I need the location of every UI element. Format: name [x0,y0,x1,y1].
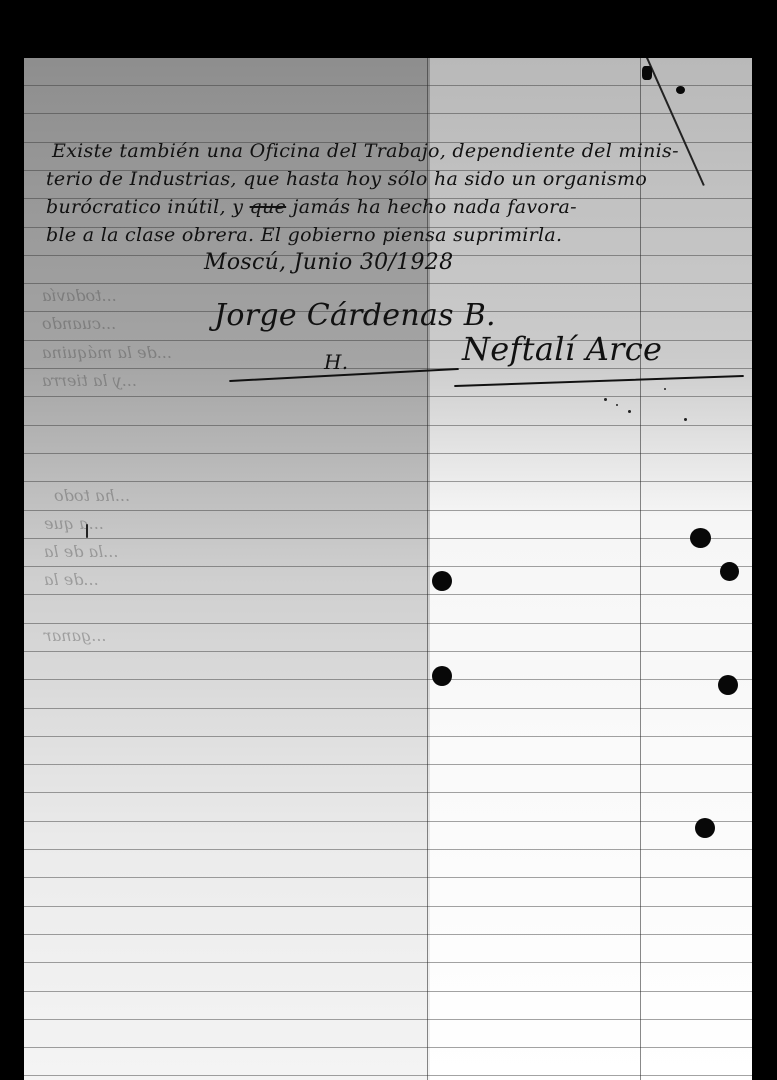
punch-hole [690,528,711,548]
ink-speck [664,388,666,390]
bleed-through-text: ...y la tierra [42,371,137,390]
body-line-4: ble a la clase obrera. El gobierno piens… [46,224,562,246]
bleed-through-text: ...la de la [44,542,118,561]
punch-hole [695,818,715,838]
punch-hole [432,571,452,591]
body-line-3: burócratico inútil, y que jamás ha hecho… [46,196,577,218]
ink-speck [604,398,607,401]
body-line-3-start: burócratico inútil, y [46,196,243,218]
signature-neftali-arce: Neftalí Arce [462,330,662,368]
ink-speck [616,404,618,406]
body-line-1: Existe también una Oficina del Trabajo, … [52,140,679,162]
body-line-2: terio de Industrias, que hasta hoy sólo … [46,168,647,190]
punch-hole [432,666,452,686]
ink-speck [684,418,687,421]
bleed-through-text: ...de la máquina [42,343,172,362]
ink-speck [628,410,631,413]
bleed-through-text: ...a que [44,514,104,533]
place-date: Moscú, Junio 30/1928 [204,250,453,275]
bleed-through-text: ...ganar [44,626,107,645]
bleed-through-text: ...ha todo [54,486,130,505]
struck-word: que [250,196,287,218]
punch-hole [720,562,739,581]
body-line-3-end: jamás ha hecho nada favora- [293,196,577,218]
signature-mark: H. [324,350,348,374]
signature-jorge-cardenas: Jorge Cárdenas B. [214,298,496,333]
ink-blot [642,66,652,80]
vertical-rule-right [640,58,641,1080]
bleed-through-text: ...cuando [42,314,116,333]
ink-blot [676,86,685,94]
letter-page: ...todavía ...cuando ...de la máquina ..… [24,58,752,1080]
punch-hole [718,675,738,695]
bleed-through-text: ...de la [44,570,99,589]
ink-speck [86,524,88,538]
bleed-through-text: ...todavía [42,286,117,305]
